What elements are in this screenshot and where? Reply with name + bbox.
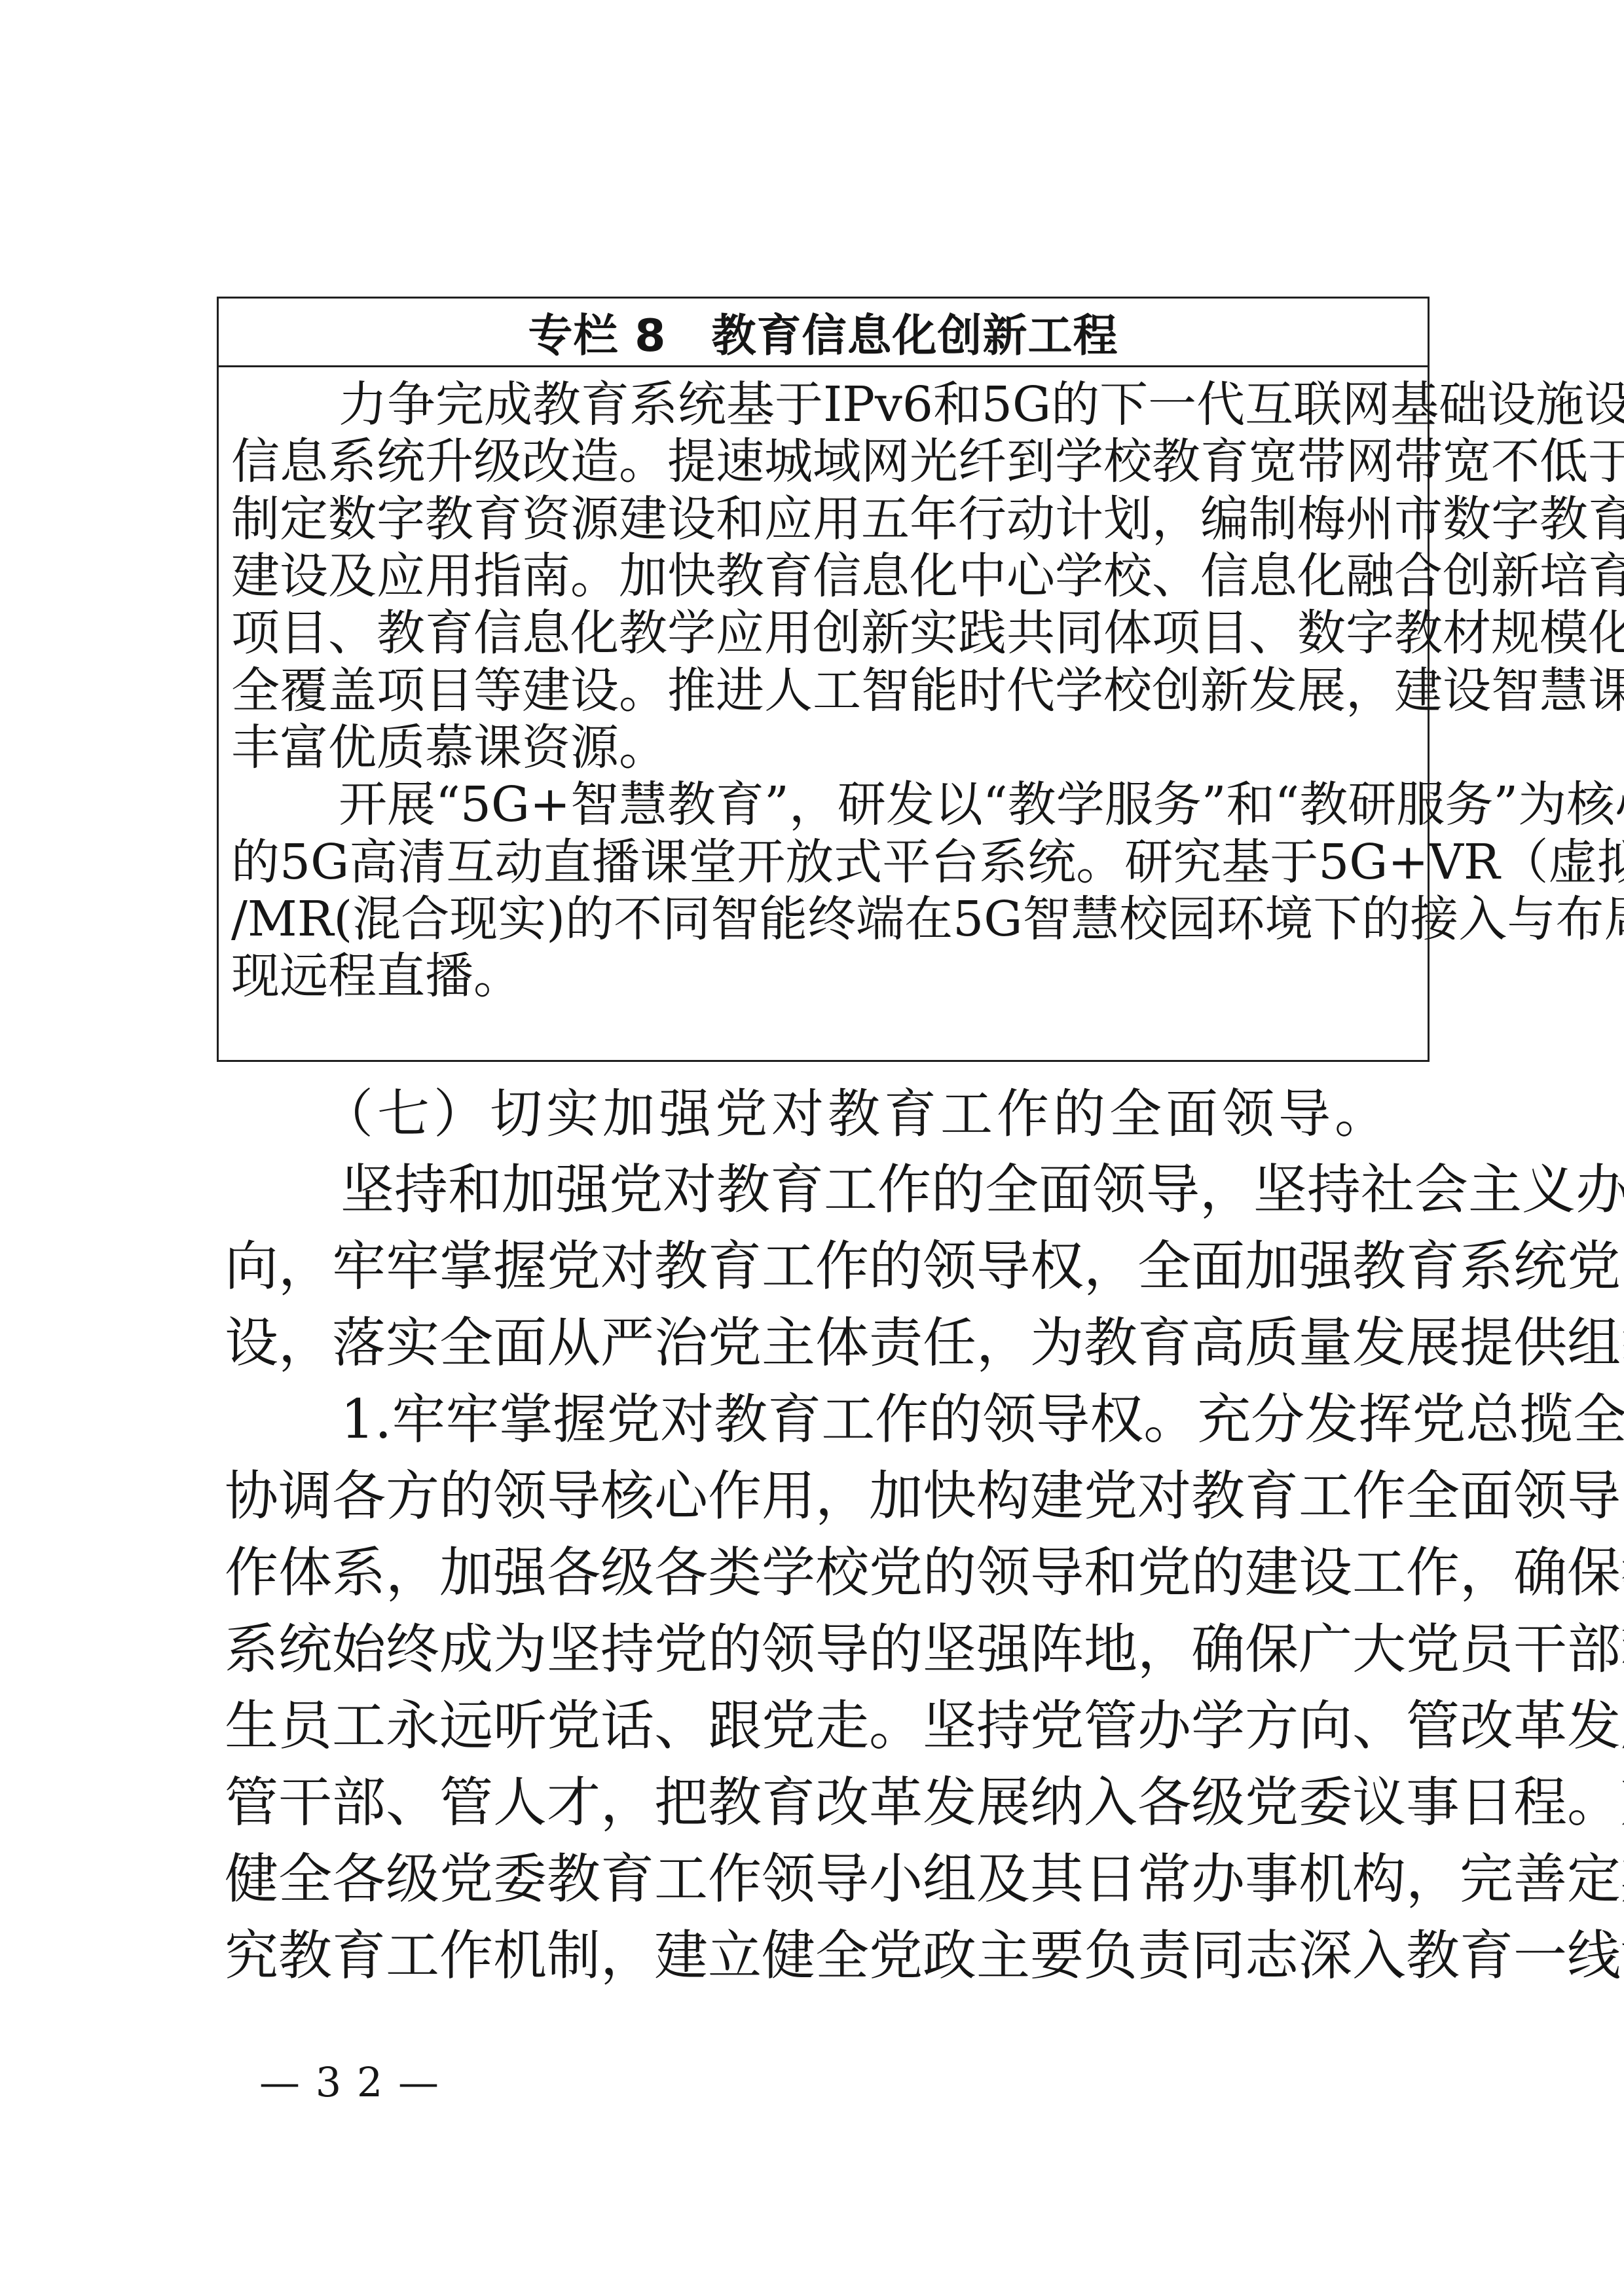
- body-paragraph-2-line: 系统始终成为坚持党的领导的坚强阵地，确保广大党员干部和师: [225, 1623, 1428, 1677]
- body-paragraph-2-line: 生员工永远听党话、跟党走。坚持党管办学方向、管改革发展、: [225, 1700, 1428, 1753]
- body-paragraph-2-line: 究教育工作机制，建立健全党政主要负责同志深入教育一线调研、: [225, 1929, 1428, 1983]
- body-paragraph-1-line: 向，牢牢掌握党对教育工作的领导权，全面加强教育系统党的建: [225, 1240, 1428, 1294]
- page-number: — 3 2 —: [259, 2062, 440, 2103]
- body-paragraph-2-line: 健全各级党委教育工作领导小组及其日常办事机构，完善定期研: [225, 1853, 1428, 1906]
- column-box-header: 专栏 8 教育信息化创新工程: [219, 299, 1428, 367]
- body-paragraph-2-line: 管干部、管人才，把教育改革发展纳入各级党委议事日程。建立: [225, 1776, 1428, 1830]
- box-paragraph-1-line: 全覆盖项目等建设。推进人工智能时代学校创新发展，建设智慧课堂，: [231, 666, 1419, 715]
- box-paragraph-1-line: 丰富优质慕课资源。: [231, 723, 1419, 772]
- section-heading: （七）切实加强党对教育工作的全面领导。: [321, 1088, 1391, 1140]
- body-paragraph-2-line: 1.牢牢掌握党对教育工作的领导权。充分发挥党总揽全局、: [341, 1393, 1428, 1447]
- column-box: 专栏 8 教育信息化创新工程 力争完成教育系统基于IPv6和5G的下一代互联网基…: [217, 297, 1430, 1062]
- box-paragraph-2-line: /MR(混合现实)的不同智能终端在5G智慧校园环境下的接入与布局，实: [231, 895, 1419, 943]
- box-paragraph-1-line: 制定数字教育资源建设和应用五年行动计划，编制梅州市数字教育资源: [231, 495, 1419, 543]
- body-paragraph-1-line: 坚持和加强党对教育工作的全面领导，坚持社会主义办学方: [341, 1163, 1428, 1217]
- body-paragraph-2-line: 作体系，加强各级各类学校党的领导和党的建设工作，确保教育: [225, 1546, 1428, 1600]
- box-paragraph-1-line: 信息系统升级改造。提速城域网光纤到学校教育宽带网带宽不低于1G。: [231, 437, 1419, 486]
- body-paragraph-2-line: 协调各方的领导核心作用，加快构建党对教育工作全面领导的工: [225, 1470, 1428, 1523]
- body-paragraph-1-line: 设，落实全面从严治党主体责任，为教育高质量发展提供组织保障。: [225, 1317, 1428, 1370]
- column-box-title: 专栏 8 教育信息化创新工程: [528, 301, 1118, 364]
- box-paragraph-2-line: 开展“5G+智慧教育”，研发以“教学服务”和“教研服务”为核心: [339, 780, 1419, 829]
- box-paragraph-2-line: 的5G高清互动直播课堂开放式平台系统。研究基于5G+VR（虚拟现实）: [231, 838, 1419, 886]
- box-paragraph-2-line: 现远程直播。: [231, 952, 1419, 1000]
- box-paragraph-1-line: 项目、教育信息化教学应用创新实践共同体项目、数字教材规模化应用: [231, 609, 1419, 657]
- box-paragraph-1-line: 力争完成教育系统基于IPv6和5G的下一代互联网基础设施设备和: [339, 380, 1419, 429]
- box-paragraph-1-line: 建设及应用指南。加快教育信息化中心学校、信息化融合创新培育推广: [231, 552, 1419, 600]
